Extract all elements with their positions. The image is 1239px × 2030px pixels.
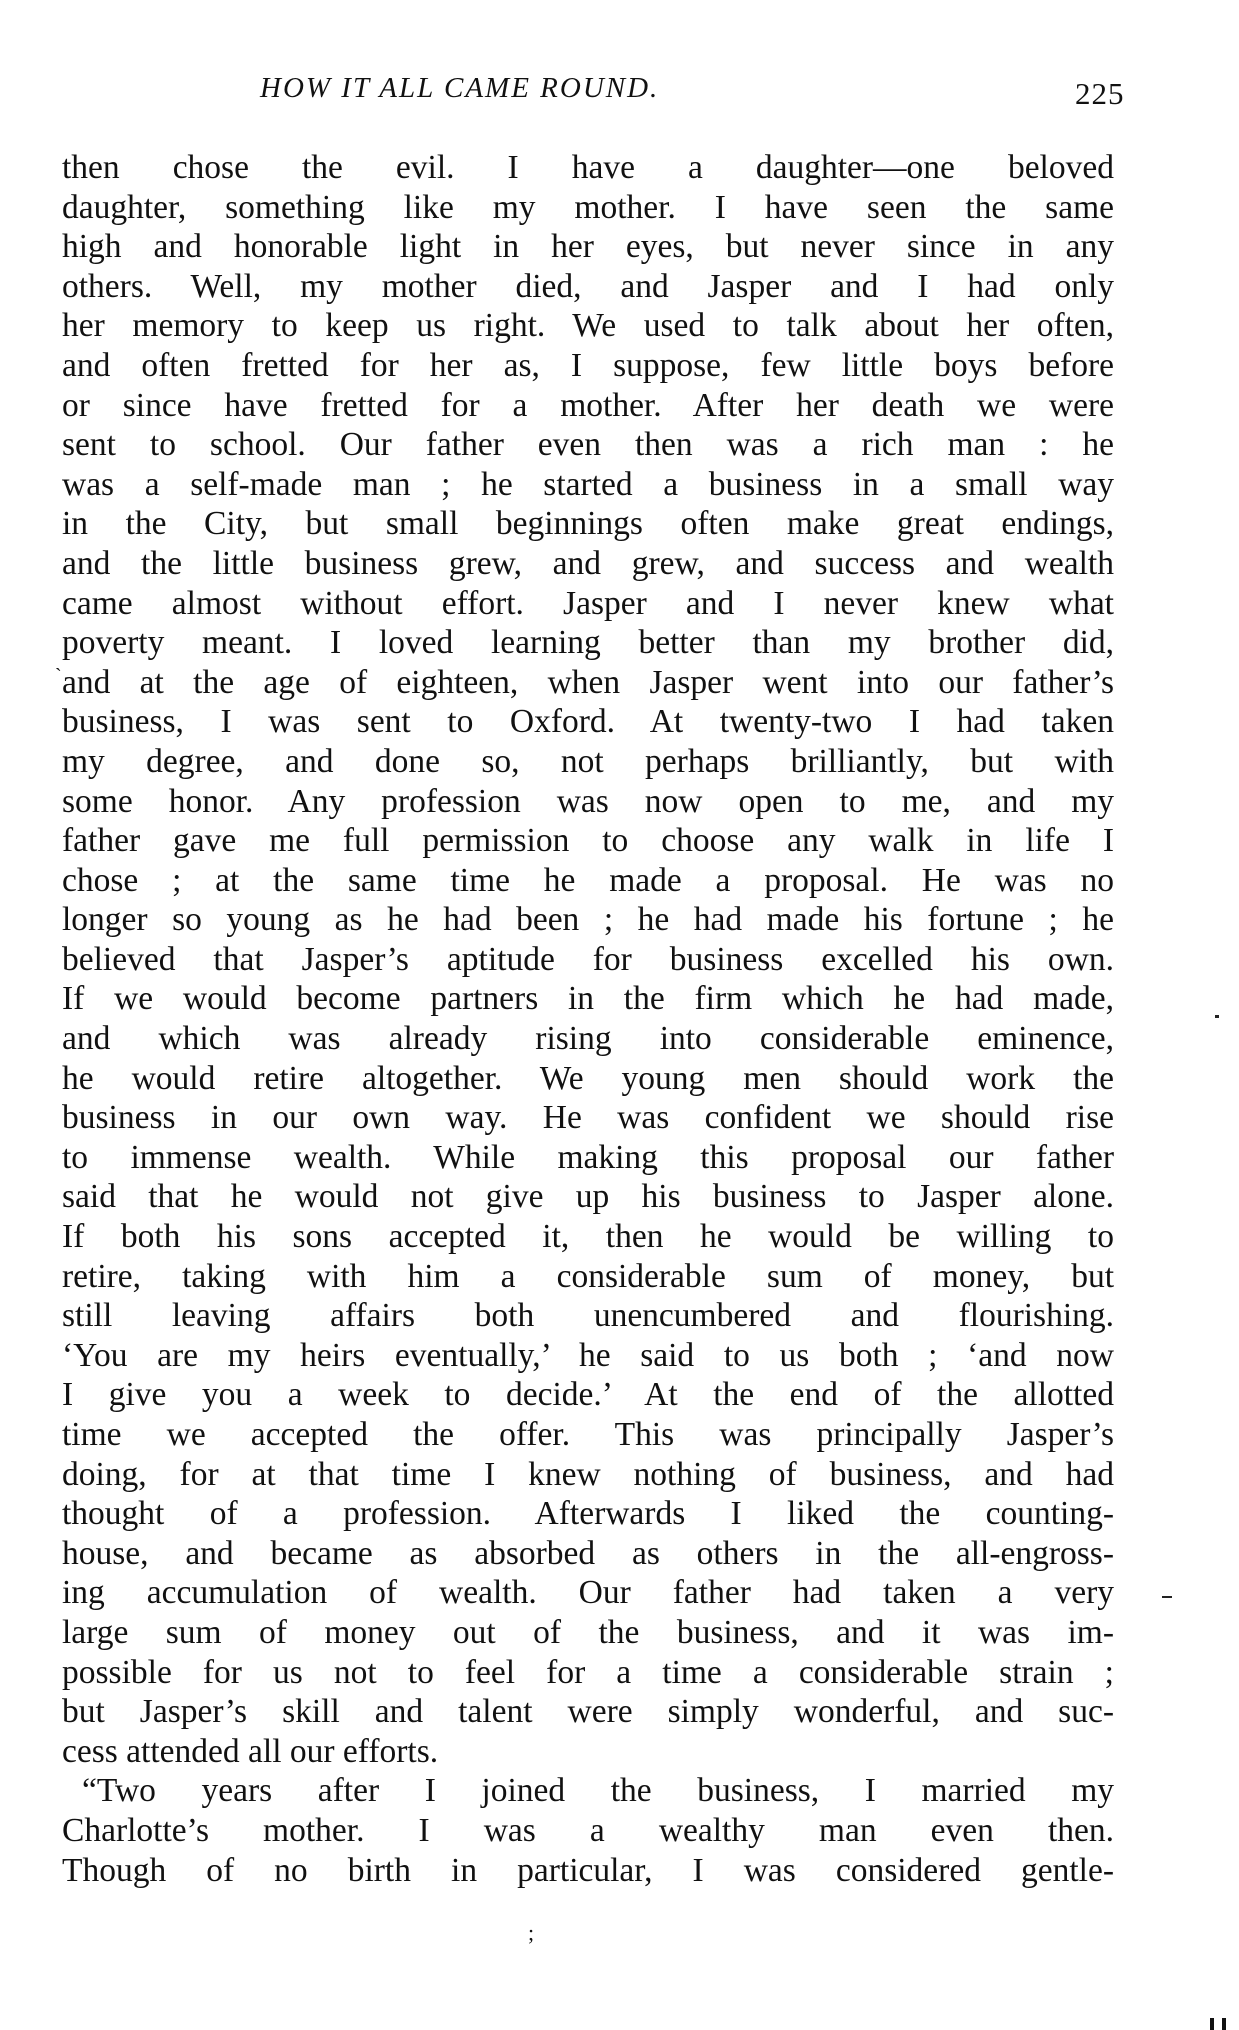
text-line: If we would become partners in the firm … [62, 979, 1114, 1019]
corner-speck [1210, 2018, 1226, 2030]
text-line: but Jasper’s skill and talent were simpl… [62, 1692, 1114, 1732]
text-line: “Two years after I joined the business, … [62, 1771, 1114, 1811]
text-line: and often fretted for her as, I suppose,… [62, 346, 1114, 386]
text-line: in the City, but small beginnings often … [62, 504, 1114, 544]
text-line: time we accepted the offer. This was pri… [62, 1415, 1114, 1455]
text-line: If both his sons accepted it, then he wo… [62, 1217, 1114, 1257]
text-line: high and honorable light in her eyes, bu… [62, 227, 1114, 267]
text-line: and which was already rising into consid… [62, 1019, 1114, 1059]
text-line: retire, taking with him a considerable s… [62, 1257, 1114, 1297]
text-line: to immense wealth. While making this pro… [62, 1138, 1114, 1178]
text-line: doing, for at that time I knew nothing o… [62, 1455, 1114, 1495]
text-line: thought of a profession. Afterwards I li… [62, 1494, 1114, 1534]
text-line: daughter, something like my mother. I ha… [62, 188, 1114, 228]
text-line: ‘You are my heirs eventually,’ he said t… [62, 1336, 1114, 1376]
margin-mark: ` [55, 665, 62, 688]
body-text: then chose the evil. I have a daughter—o… [62, 148, 1114, 1890]
margin-speck [1162, 1596, 1172, 1598]
book-page: HOW IT ALL CAME ROUND. 225 ` then chose … [0, 0, 1239, 2030]
text-line: business in our own way. He was confiden… [62, 1098, 1114, 1138]
text-line: my degree, and done so, not perhaps bril… [62, 742, 1114, 782]
text-line: then chose the evil. I have a daughter—o… [62, 148, 1114, 188]
text-line: sent to school. Our father even then was… [62, 425, 1114, 465]
text-line: cess attended all our efforts. [62, 1732, 1114, 1772]
text-line: longer so young as he had been ; he had … [62, 900, 1114, 940]
text-line: possible for us not to feel for a time a… [62, 1653, 1114, 1693]
text-line: or since have fretted for a mother. Afte… [62, 386, 1114, 426]
text-line: and the little business grew, and grew, … [62, 544, 1114, 584]
text-line: ing accumulation of wealth. Our father h… [62, 1573, 1114, 1613]
running-title: HOW IT ALL CAME ROUND. [260, 72, 659, 105]
text-line: still leaving affairs both unencumbered … [62, 1296, 1114, 1336]
text-line: chose ; at the same time he made a propo… [62, 861, 1114, 901]
margin-speck [1215, 1015, 1219, 1018]
text-line: came almost without effort. Jasper and I… [62, 584, 1114, 624]
text-line: was a self-made man ; he started a busin… [62, 465, 1114, 505]
text-line: some honor. Any profession was now open … [62, 782, 1114, 822]
text-line: I give you a week to decide.’ At the end… [62, 1375, 1114, 1415]
text-line: house, and became as absorbed as others … [62, 1534, 1114, 1574]
text-line: her memory to keep us right. We used to … [62, 306, 1114, 346]
text-line: said that he would not give up his busin… [62, 1177, 1114, 1217]
text-line: and at the age of eighteen, when Jasper … [62, 663, 1114, 703]
page-number: 225 [1075, 76, 1125, 112]
footer-mark: ; [528, 1920, 534, 1946]
text-line: poverty meant. I loved learning better t… [62, 623, 1114, 663]
text-line: he would retire altogether. We young men… [62, 1059, 1114, 1099]
text-line: believed that Jasper’s aptitude for busi… [62, 940, 1114, 980]
text-line: father gave me full permission to choose… [62, 821, 1114, 861]
text-line: large sum of money out of the business, … [62, 1613, 1114, 1653]
text-line: business, I was sent to Oxford. At twent… [62, 702, 1114, 742]
text-line: others. Well, my mother died, and Jasper… [62, 267, 1114, 307]
text-line: Though of no birth in particular, I was … [62, 1851, 1114, 1891]
text-line: Charlotte’s mother. I was a wealthy man … [62, 1811, 1114, 1851]
